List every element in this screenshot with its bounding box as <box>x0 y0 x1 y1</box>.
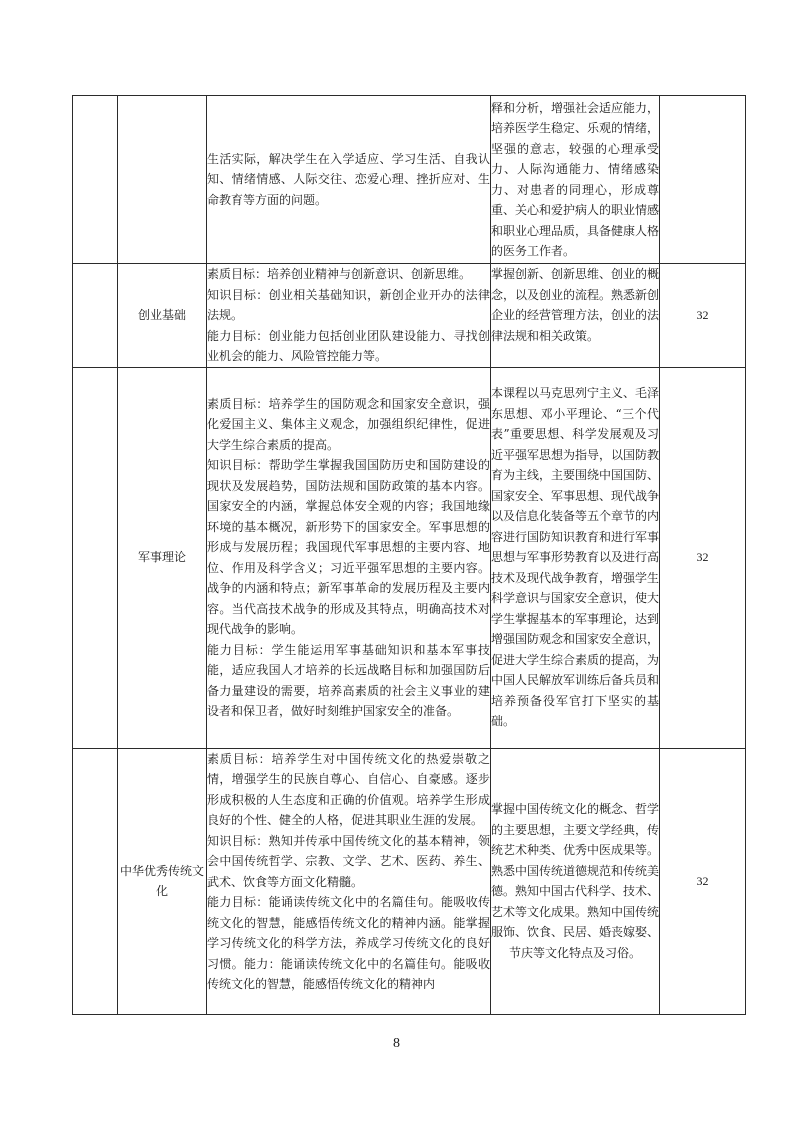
knowledge-goal: 知识目标：创业相关基础知识，新创企业开办的法律法规。 <box>207 285 490 326</box>
quality-goal: 素质目标：培养创业精神与创新意识、创新思维。 <box>207 264 490 285</box>
course-name-cell: 军事理论 <box>118 367 207 748</box>
course-content-cell: 掌握中国传统文化的概念、哲学的主要思想，主要文学经典，传统艺术种类、优秀中医成果… <box>491 748 660 1014</box>
course-content-cell: 释和分析，增强社会适应能力，培养医学生稳定、乐观的情绪，坚强的意志，较强的心理承… <box>491 96 660 264</box>
index-cell <box>73 264 118 368</box>
course-table: 生活实际，解决学生在入学适应、学习生活、自我认知、情绪情感、人际交往、恋爱心理、… <box>72 95 746 1015</box>
index-cell <box>73 748 118 1014</box>
course-hours-cell: 32 <box>660 264 746 368</box>
table-row: 生活实际，解决学生在入学适应、学习生活、自我认知、情绪情感、人际交往、恋爱心理、… <box>73 96 746 264</box>
course-hours-cell: 32 <box>660 748 746 1014</box>
table-row: 创业基础 素质目标：培养创业精神与创新意识、创新思维。 知识目标：创业相关基础知… <box>73 264 746 368</box>
index-cell <box>73 367 118 748</box>
ability-goal: 能力目标：创业能力包括创业团队建设能力、寻找创业机会的能力、风险管控能力等。 <box>207 326 490 367</box>
course-goals-cell: 素质目标：培养创业精神与创新意识、创新思维。 知识目标：创业相关基础知识，新创企… <box>207 264 491 368</box>
page-number: 8 <box>0 1036 793 1052</box>
quality-goal: 素质目标：培养学生对中国传统文化的热爱崇敬之情，增强学生的民族自尊心、自信心、自… <box>207 749 490 831</box>
index-cell <box>73 96 118 264</box>
course-content-cell: 掌握创新、创新思维、创业的概念，以及创业的流程。熟悉新创企业的经营管理方法，创业… <box>491 264 660 368</box>
goal-text: 生活实际，解决学生在入学适应、学习生活、自我认知、情绪情感、人际交往、恋爱心理、… <box>207 149 490 211</box>
course-goals-cell: 素质目标：培养学生的国防观念和国家安全意识，强化爱国主义、集体主义观念，加强组织… <box>207 367 491 748</box>
course-name-cell: 中华优秀传统文化 <box>118 748 207 1014</box>
course-content-cell: 本课程以马克思列宁主义、毛泽东思想、邓小平理论、“三个代表”重要思想、科学发展观… <box>491 367 660 748</box>
course-goals-cell: 素质目标：培养学生对中国传统文化的热爱崇敬之情，增强学生的民族自尊心、自信心、自… <box>207 748 491 1014</box>
knowledge-goal: 知识目标：帮助学生掌握我国国防历史和国防建设的现状及发展趋势，国防法规和国防政策… <box>207 455 490 640</box>
course-hours-cell: 32 <box>660 367 746 748</box>
table-row: 中华优秀传统文化 素质目标：培养学生对中国传统文化的热爱崇敬之情，增强学生的民族… <box>73 748 746 1014</box>
knowledge-goal: 知识目标：熟知并传承中国传统文化的基本精神，领会中国传统哲学、宗教、文学、艺术、… <box>207 831 490 893</box>
course-goals-cell: 生活实际，解决学生在入学适应、学习生活、自我认知、情绪情感、人际交往、恋爱心理、… <box>207 96 491 264</box>
course-name-cell <box>118 96 207 264</box>
course-name-cell: 创业基础 <box>118 264 207 368</box>
course-hours-cell <box>660 96 746 264</box>
quality-goal: 素质目标：培养学生的国防观念和国家安全意识，强化爱国主义、集体主义观念，加强组织… <box>207 394 490 456</box>
document-page: 生活实际，解决学生在入学适应、学习生活、自我认知、情绪情感、人际交往、恋爱心理、… <box>0 0 793 1122</box>
ability-goal: 能力目标：学生能运用军事基础知识和基本军事技能，适应我国人才培养的长远战略目标和… <box>207 640 490 722</box>
table-row: 军事理论 素质目标：培养学生的国防观念和国家安全意识，强化爱国主义、集体主义观念… <box>73 367 746 748</box>
ability-goal: 能力目标：能诵读传统文化中的名篇佳句。能吸收传统文化的智慧，能感悟传统文化的精神… <box>207 892 490 995</box>
